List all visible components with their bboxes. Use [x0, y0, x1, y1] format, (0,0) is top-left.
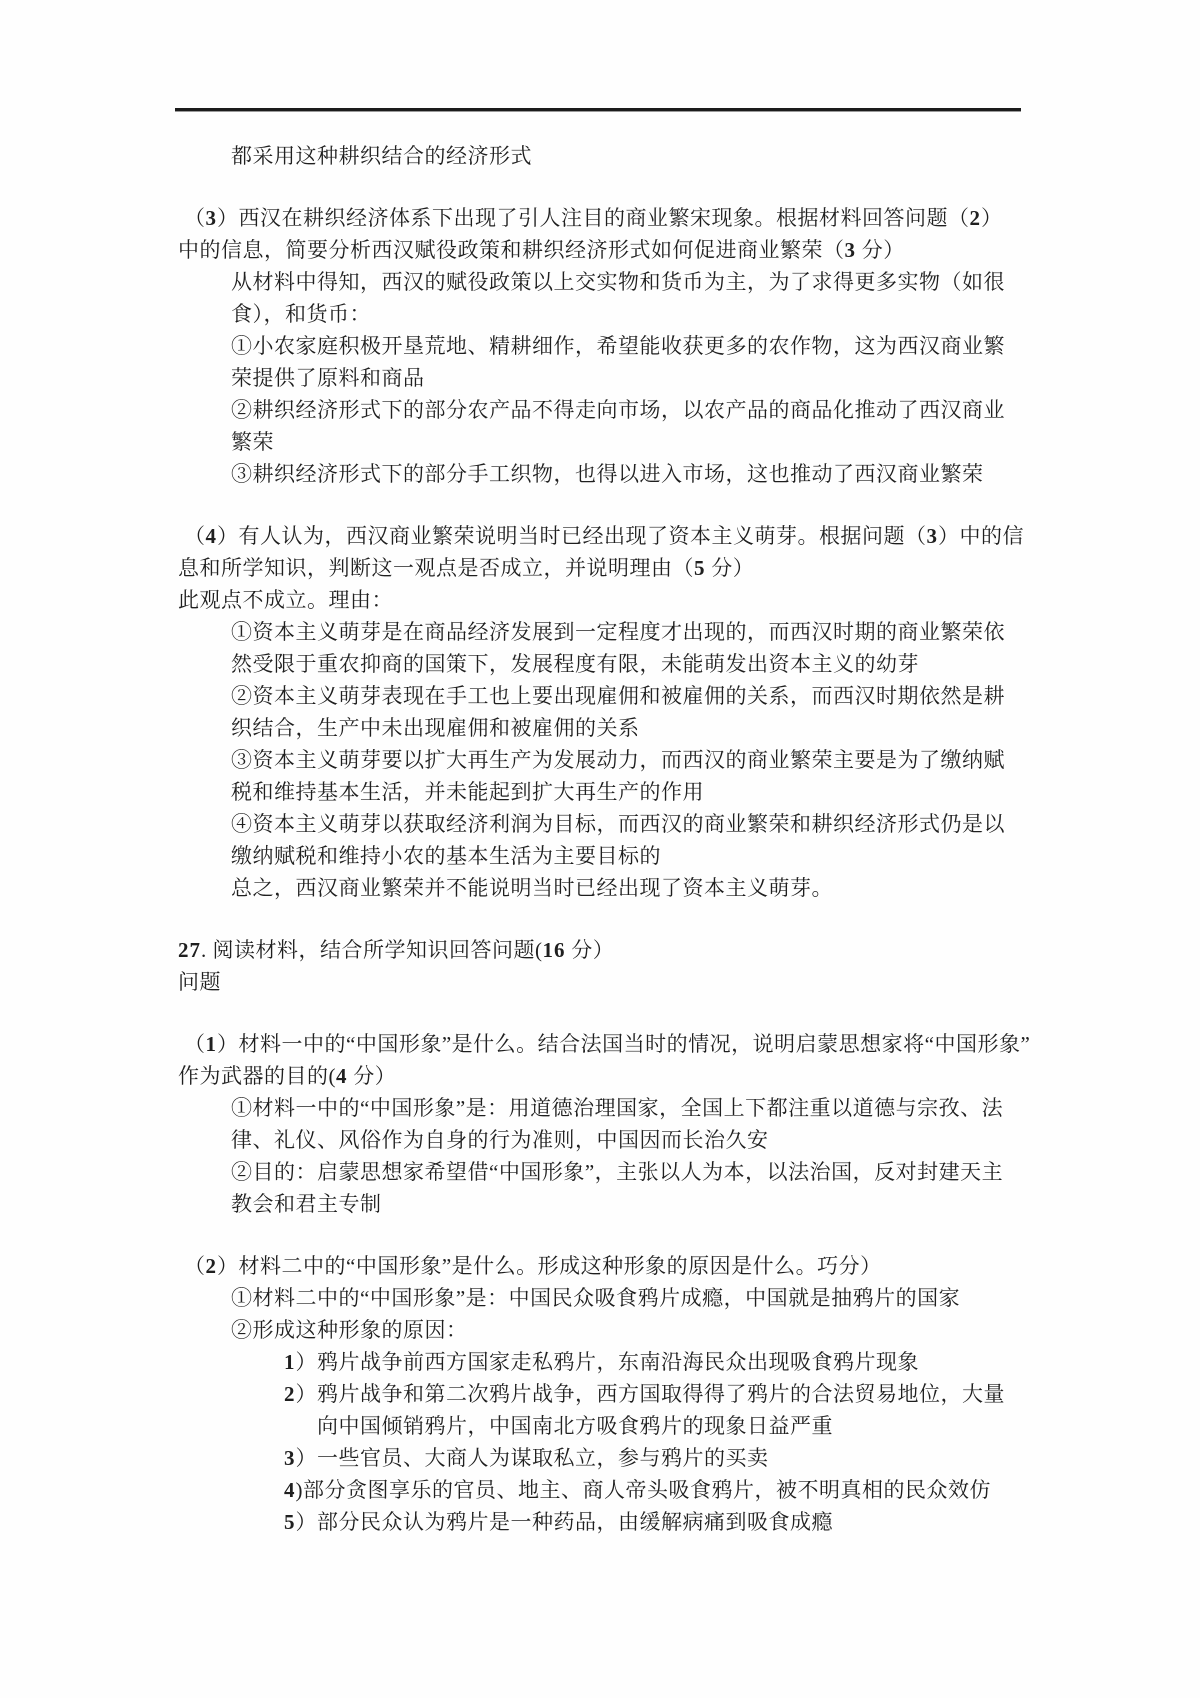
line-question: 作为武器的目的(4 分）: [178, 1060, 1078, 1092]
line-answer: 然受限于重农抑商的国策下，发展程度有限，未能萌发出资本主义的幼芽: [178, 648, 1078, 680]
document-page: 都采用这种耕织结合的经济形式（3）西汉在耕织经济体系下出现了引人注目的商业繁宋现…: [0, 0, 1200, 1698]
line-answer: ①小农家庭积极开垦荒地、精耕细作，希望能收获更多的农作物，这为西汉商业繁: [178, 330, 1078, 362]
line-question: （4）有人认为，西汉商业繁荣说明当时已经出现了资本主义萌芽。根据问题（3）中的信: [178, 520, 1078, 552]
document-body: 都采用这种耕织结合的经济形式（3）西汉在耕织经济体系下出现了引人注目的商业繁宋现…: [178, 140, 1078, 1538]
line-answer: 荣提供了原料和商品: [178, 362, 1078, 394]
line-answer: 4)部分贪图享乐的官员、地主、商人帝头吸食鸦片，被不明真相的民众效仿: [178, 1474, 1078, 1506]
line-answer: ③资本主义萌芽要以扩大再生产为发展动力，而西汉的商业繁荣主要是为了缴纳赋: [178, 744, 1078, 776]
line-answer: 繁荣: [178, 426, 1078, 458]
line-answer: 律、礼仪、风俗作为自身的行为准则，中国因而长治久安: [178, 1124, 1078, 1156]
line-answer: ①资本主义萌芽是在商品经济发展到一定程度才出现的，而西汉时期的商业繁荣依: [178, 616, 1078, 648]
line-answer: ②形成这种形象的原因：: [178, 1314, 1078, 1346]
header-rule: [175, 108, 1021, 112]
line-answer: 税和维持基本生活，并未能起到扩大再生产的作用: [178, 776, 1078, 808]
line-answer: 2）鸦片战争和第二次鸦片战争，西方国取得得了鸦片的合法贸易地位，大量: [178, 1378, 1078, 1410]
line-answer: ④资本主义萌芽以获取经济利润为目标，而西汉的商业繁荣和耕织经济形式仍是以: [178, 808, 1078, 840]
line-answer: 3）一些官员、大商人为谋取私立，参与鸦片的买卖: [178, 1442, 1078, 1474]
line-question: 息和所学知识，判断这一观点是否成立，并说明理由（5 分）: [178, 552, 1078, 584]
line-answer: 5）部分民众认为鸦片是一种药品，由缓解病痛到吸食成瘾: [178, 1506, 1078, 1538]
line-answer: ①材料二中的“中国形象”是：中国民众吸食鸦片成瘾，中国就是抽鸦片的国家: [178, 1282, 1078, 1314]
line-answer: 总之，西汉商业繁荣并不能说明当时已经出现了资本主义萌芽。: [178, 872, 1078, 904]
line-answer: 都采用这种耕织结合的经济形式: [178, 140, 1078, 172]
line-question: （3）西汉在耕织经济体系下出现了引人注目的商业繁宋现象。根据材料回答问题（2）: [178, 202, 1078, 234]
line-heading: 问题: [178, 966, 1078, 998]
line-answer: 此观点不成立。理由：: [178, 584, 1078, 616]
line-answer: ②资本主义萌芽表现在手工也上要出现雇佣和被雇佣的关系，而西汉时期依然是耕: [178, 680, 1078, 712]
line-answer: ③耕织经济形式下的部分手工织物，也得以进入市场，这也推动了西汉商业繁荣: [178, 458, 1078, 490]
line-answer: 食），和货币：: [178, 298, 1078, 330]
line-answer: 缴纳赋税和维持小农的基本生活为主要目标的: [178, 840, 1078, 872]
line-question: （1）材料一中的“中国形象”是什么。结合法国当时的情况，说明启蒙思想家将“中国形…: [178, 1028, 1078, 1060]
line-heading: 27. 阅读材料，结合所学知识回答问题(16 分）: [178, 934, 1078, 966]
line-answer: 从材料中得知，西汉的赋役政策以上交实物和货币为主，为了求得更多实物（如很: [178, 266, 1078, 298]
line-answer: 1）鸦片战争前西方国家走私鸦片，东南沿海民众出现吸食鸦片现象: [178, 1346, 1078, 1378]
line-question: （2）材料二中的“中国形象”是什么。形成这种形象的原因是什么。巧分）: [178, 1250, 1078, 1282]
line-answer: ②目的：启蒙思想家希望借“中国形象”，主张以人为本，以法治国，反对封建天主: [178, 1156, 1078, 1188]
line-question: 中的信息，简要分析西汉赋役政策和耕织经济形式如何促进商业繁荣（3 分）: [178, 234, 1078, 266]
line-answer: 教会和君主专制: [178, 1188, 1078, 1220]
line-answer: ①材料一中的“中国形象”是：用道德治理国家，全国上下都注重以道德与宗孜、法: [178, 1092, 1078, 1124]
line-answer: 织结合，生产中未出现雇佣和被雇佣的关系: [178, 712, 1078, 744]
line-answer: 向中国倾销鸦片，中国南北方吸食鸦片的现象日益严重: [178, 1410, 1078, 1442]
line-answer: ②耕织经济形式下的部分农产品不得走向市场，以农产品的商品化推动了西汉商业: [178, 394, 1078, 426]
